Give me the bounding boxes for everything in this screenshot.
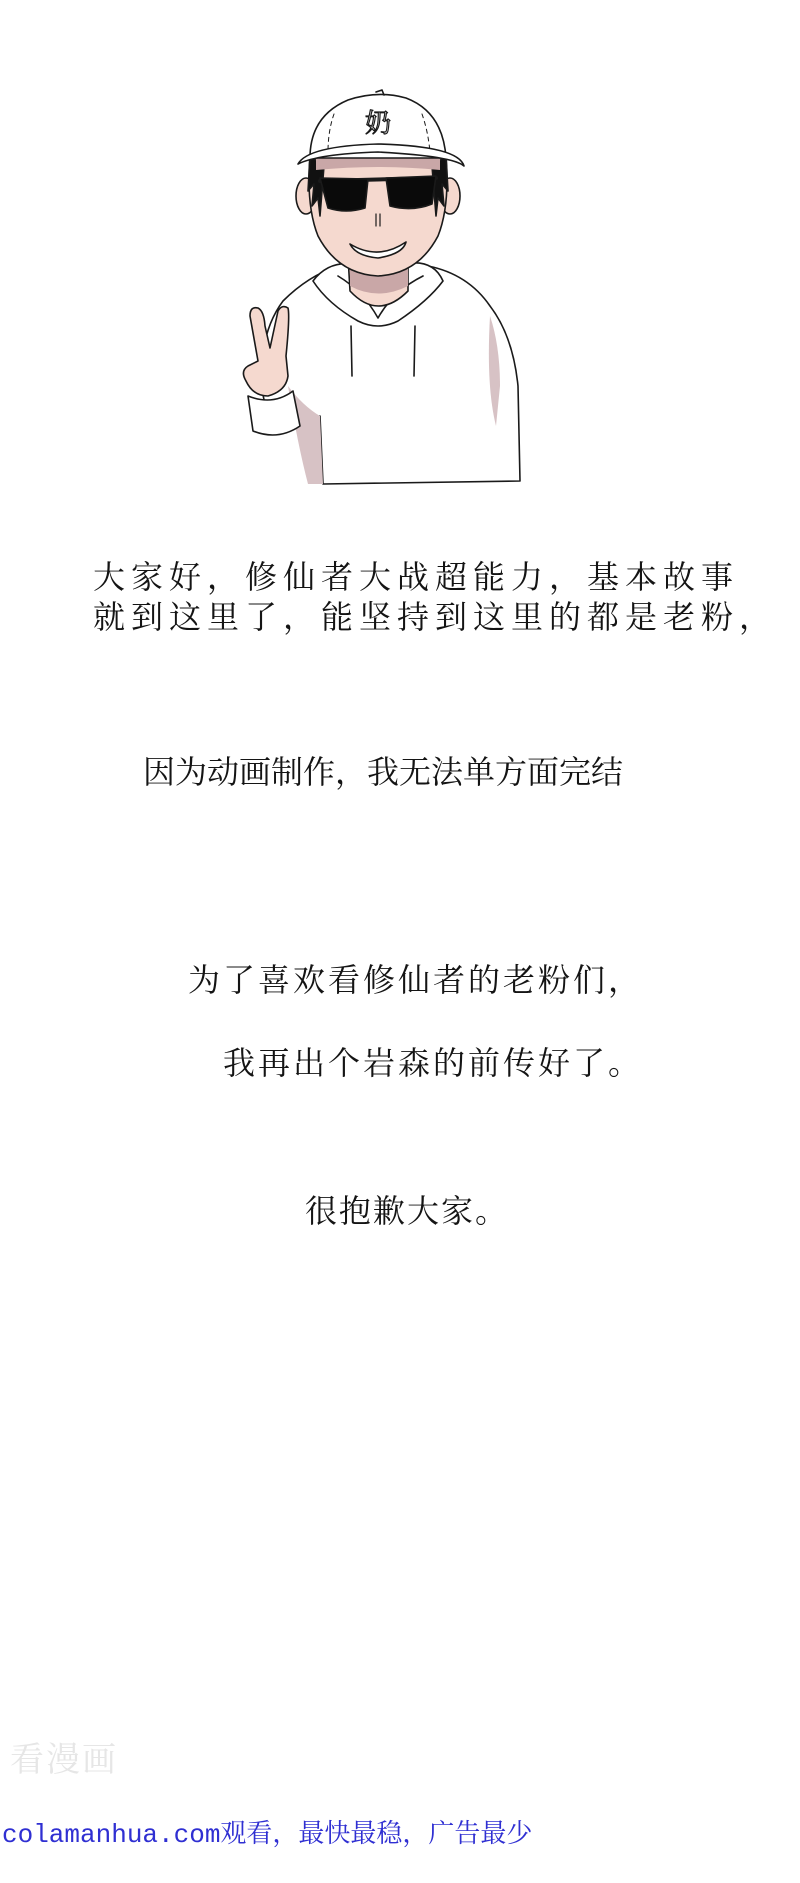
message-para2-line1: 因为动画制作，我无法单方面完结 [143, 754, 623, 790]
cap-logo-text: 奶 [365, 109, 391, 139]
message-para3-line1: 为了喜欢看修仙者的老粉们， [188, 962, 643, 998]
author-avatar-illustration: 奶 [228, 86, 528, 496]
watermark-site-link[interactable]: colamanhua.com观看，最快最稳，广告最少 [2, 1818, 532, 1852]
message-para3-line2: 我再出个岩森的前传好了。 [223, 1045, 643, 1081]
message-para4-line1: 很抱歉大家。 [305, 1193, 509, 1229]
watermark-gray: 看漫画 [10, 1740, 118, 1780]
message-para1-line1: 大家好，修仙者大战超能力，基本故事 [93, 559, 739, 595]
message-para1-line2: 就到这里了，能坚持到这里的都是老粉， [93, 599, 777, 635]
